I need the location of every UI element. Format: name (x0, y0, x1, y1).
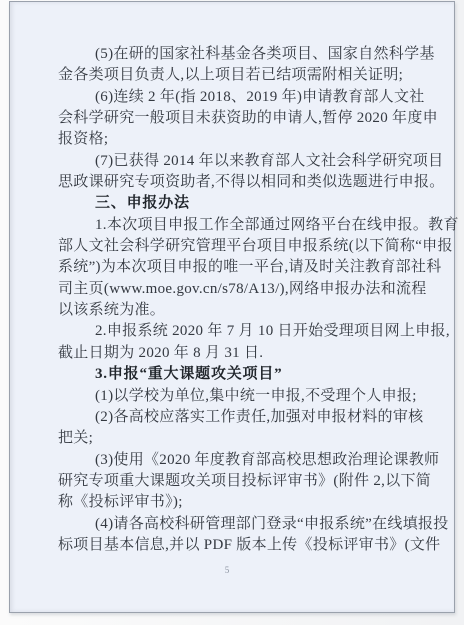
text-line: 把关; (58, 428, 424, 449)
text-line: 以该系统为准。 (58, 300, 424, 321)
text-line: 标项目基本信息,并以 PDF 版本上传《投标评审书》(文件 (58, 535, 424, 556)
text-line: 截止日期为 2020 年 8 月 31 日. (58, 343, 424, 364)
text-line: 报资格; (58, 129, 424, 150)
page-number: 5 (10, 565, 444, 575)
text-line: 部人文社会科学研究管理平台项目申报系统(以下简称“申报 (58, 236, 424, 257)
text-line: 思政课研究专项资助者,不得以相同和类似选题进行申报。 (58, 172, 424, 193)
scan-background: (5)在研的国家社科基金各类项目、国家自然科学基金各类项目负责人,以上项目若已结… (0, 0, 464, 625)
text-line: 司主页(www.moe.gov.cn/s78/A13/),网络申报办法和流程 (58, 279, 424, 300)
text-line: 研究专项重大课题攻关项目投标评审书》(附件 2,以下简 (58, 471, 424, 492)
text-line: 金各类项目负责人,以上项目若已结项需附相关证明; (58, 65, 424, 86)
text-line: (5)在研的国家社科基金各类项目、国家自然科学基 (58, 44, 424, 65)
text-line: (4)请各高校科研管理部门登录“申报系统”在线填报投 (58, 514, 424, 535)
text-line: 系统”)为本次项目申报的唯一平台,请及时关注教育部社科 (58, 257, 424, 278)
text-line: (3)使用《2020 年度教育部高校思想政治理论课教师 (58, 450, 424, 471)
heading-line: 3.申报“重大课题攻关项目” (58, 364, 424, 385)
text-line: (2)各高校应落实工作责任,加强对申报材料的审核 (58, 407, 424, 428)
text-line: (1)以学校为单位,集中统一申报,不受理个人申报; (58, 386, 424, 407)
heading-line: 三、申报办法 (58, 193, 424, 214)
text-line: 会科学研究一般项目未获资助的申请人,暂停 2020 年度申 (58, 108, 424, 129)
text-line: (7)已获得 2014 年以来教育部人文社会科学研究项目 (58, 151, 424, 172)
text-line: 1.本次项目申报工作全部通过网络平台在线申报。教育 (58, 215, 424, 236)
text-line: (6)连续 2 年(指 2018、2019 年)申请教育部人文社 (58, 87, 424, 108)
text-line: 2.申报系统 2020 年 7 月 10 日开始受理项目网上申报, (58, 321, 424, 342)
document-page: (5)在研的国家社科基金各类项目、国家自然科学基金各类项目负责人,以上项目若已结… (9, 1, 455, 613)
document-body: (5)在研的国家社科基金各类项目、国家自然科学基金各类项目负责人,以上项目若已结… (58, 44, 424, 556)
text-line: 称《投标评审书》); (58, 492, 424, 513)
